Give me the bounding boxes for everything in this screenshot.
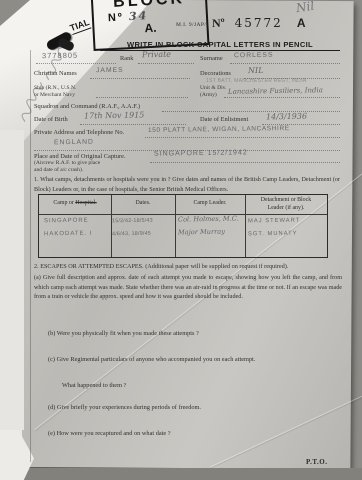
unit-label-line1: Unit & Div.	[200, 85, 227, 91]
decorations-label: Decorations	[200, 70, 231, 77]
service-number-value: 3778805	[42, 51, 78, 61]
detachment-cell-row2: SGT. MUNATY	[248, 231, 298, 238]
question-2e-text: (e) How were you recaptured and on what …	[48, 430, 171, 437]
surname-label: Surname	[200, 55, 223, 62]
page-turn-over-label: P.T.O.	[306, 458, 327, 466]
table-surface	[0, 468, 362, 480]
no-suffix: A	[297, 16, 306, 30]
capture-sublabel-1: (Aircrew R.A.F. to give place	[34, 160, 100, 166]
rank-value: Private	[142, 50, 171, 60]
capture-label: Place and Date of Original Capture.	[34, 153, 126, 160]
dates-cell-row2: 4/6/43, 18/9/45	[112, 231, 151, 238]
unit-pencil-note: 1ST BATT, MANCHESTER REGT, INDIA	[206, 78, 307, 84]
christian-names-label: Christian Names	[34, 70, 77, 77]
camp-leader-cell-row1: Col. Holmes, M.C.	[178, 214, 239, 223]
registration-number: Nº45772A	[212, 16, 306, 31]
question-2b-text: (b) Were you physically fit when you mad…	[48, 330, 199, 337]
field-rule	[80, 123, 186, 125]
pow-liberation-questionnaire-photo: { "stamp": { "line1": "BLOCK", "no_label…	[0, 0, 362, 480]
field-rule	[230, 62, 340, 64]
surname-value: CORLESS	[234, 52, 274, 60]
camp-leader-cell-row2: Major Murray	[178, 228, 225, 237]
folded-edge-strip	[0, 130, 24, 430]
no-value: 45772	[235, 16, 283, 30]
address-value-line2: ENGLAND	[54, 139, 94, 147]
detachment-cell-row1: MAJ STEWART	[248, 218, 300, 225]
christian-names-value: JAMES	[96, 67, 124, 74]
section-2-heading: 2. ESCAPES OR ATTEMPTED ESCAPES. (Additi…	[34, 263, 288, 270]
handwritten-nil-note: Nil	[295, 0, 315, 15]
camp-cell-row2: HAKODATE. I	[44, 231, 93, 238]
question-2d-text: (d) Give briefly your experiences during…	[48, 404, 201, 411]
squadron-label: Squadron and Command (R.A.F., A.A.F.)	[34, 103, 140, 110]
field-rule	[36, 62, 116, 64]
table-header-detachment: Detachment or BlockLeader (if any).	[245, 197, 327, 212]
question-2c-text: (c) Give Regimental particulars of anyon…	[48, 356, 255, 363]
rank-label: Rank	[120, 55, 134, 62]
field-rule	[96, 96, 188, 98]
ship-label-line2: or Merchant Navy	[34, 92, 75, 98]
left-margin-rule	[30, 50, 31, 462]
table-header-camp: Camp or Hospital.	[39, 200, 111, 208]
field-rule	[138, 62, 194, 64]
dates-cell-row1: 15/2/42-18/5/43	[112, 218, 153, 225]
question-1-text: 1. What camps, detachments or hospitals …	[34, 176, 340, 195]
question-2a-text: (a) Give full description and approx. da…	[34, 274, 342, 303]
no-label: Nº	[212, 16, 225, 30]
camp-cell-row1: SINGAPORE	[44, 218, 89, 225]
capture-value: SINGAPORE 15/2/1942	[154, 149, 248, 157]
field-rule	[145, 136, 340, 138]
field-rule	[224, 96, 340, 98]
field-rule	[90, 77, 190, 79]
unit-label-line2: (Army)	[200, 92, 217, 98]
capture-sublabel-2: and date of a/c crash).	[34, 167, 83, 173]
form-instruction-title: WRITE IN BLOCK CAPITAL LETTERS IN PENCIL	[100, 40, 340, 51]
enlistment-label: Date of Enlistment	[200, 116, 248, 123]
date-of-birth-value: 17th Nov 1915	[84, 110, 144, 120]
struck-hospital-word: Hospital.	[75, 200, 96, 206]
question-2c-followup-text: What happened to them ?	[62, 382, 126, 389]
camps-table: Camp or Hospital. Dates. Camp Leader. De…	[38, 194, 328, 258]
table-header-camp-leader: Camp Leader.	[175, 200, 245, 208]
date-of-birth-label: Date of Birth	[34, 116, 68, 123]
table-header-dates: Dates.	[111, 200, 175, 208]
ship-label-line1: Ship (R.N., U.S.N.	[34, 85, 76, 91]
field-rule	[162, 110, 340, 112]
decorations-value: NIL	[248, 66, 264, 75]
unit-value: Lancashire Fusiliers, India	[228, 86, 323, 96]
address-label: Private Address and Telephone No.	[34, 129, 124, 136]
field-rule	[150, 161, 340, 163]
enlistment-value: 14/3/1936	[266, 112, 307, 122]
